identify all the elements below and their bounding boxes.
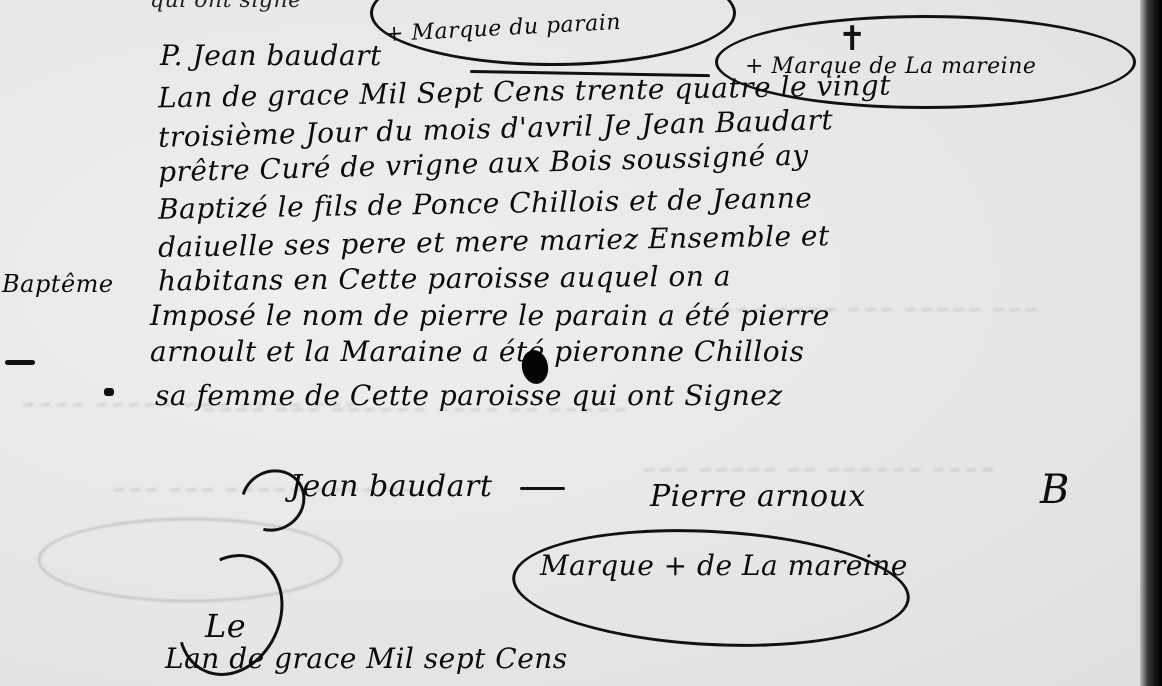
entry-line-4: Baptizé le fils de Ponce Chillois et de … <box>158 184 813 223</box>
margin-label-bapteme: Baptême <box>2 272 114 296</box>
godfather-signature: Pierre arnoux <box>650 482 866 512</box>
page-binding-edge <box>1140 0 1162 686</box>
paraph-mark: B <box>1040 470 1070 510</box>
cross-mark-icon: ✝ <box>838 22 867 56</box>
godmother-signature-oval <box>509 520 913 657</box>
entry-line-9: sa femme de Cette paroisse qui ont Signe… <box>155 382 783 410</box>
entry-line-5: daiuelle ses pere et mere mariez Ensembl… <box>158 222 830 262</box>
margin-dash <box>5 360 35 365</box>
next-entry-first-line: Lan de grace Mil sept Cens <box>165 645 568 673</box>
next-entry-initial: Le <box>205 610 246 642</box>
priest-name-header: P. Jean baudart <box>160 42 382 70</box>
margin-dot <box>104 388 114 396</box>
entry-line-8: arnoult et la Maraine a été pieronne Chi… <box>150 338 804 366</box>
entry-line-7: Imposé le nom de pierre le parain a été … <box>150 302 830 330</box>
bleed-through-text: ~~~~ ~~~~~~ ~~ ~~~~~ ~~~ <box>640 460 995 480</box>
godmother-signature-mark: Marque + de La mareine <box>540 552 908 580</box>
entry-line-6: habitans en Cette paroisse auquel on a <box>158 263 731 296</box>
priest-signature: Jean baudart <box>290 472 492 502</box>
signature-dash <box>520 487 565 490</box>
manuscript-page: ~~~ ~~~~ ~~~ ~~~~~ ~~~~ ~~~~~ ~~ ~~~~ ~~… <box>0 0 1162 686</box>
previous-entry-fragment: qui ont signé <box>150 0 302 12</box>
